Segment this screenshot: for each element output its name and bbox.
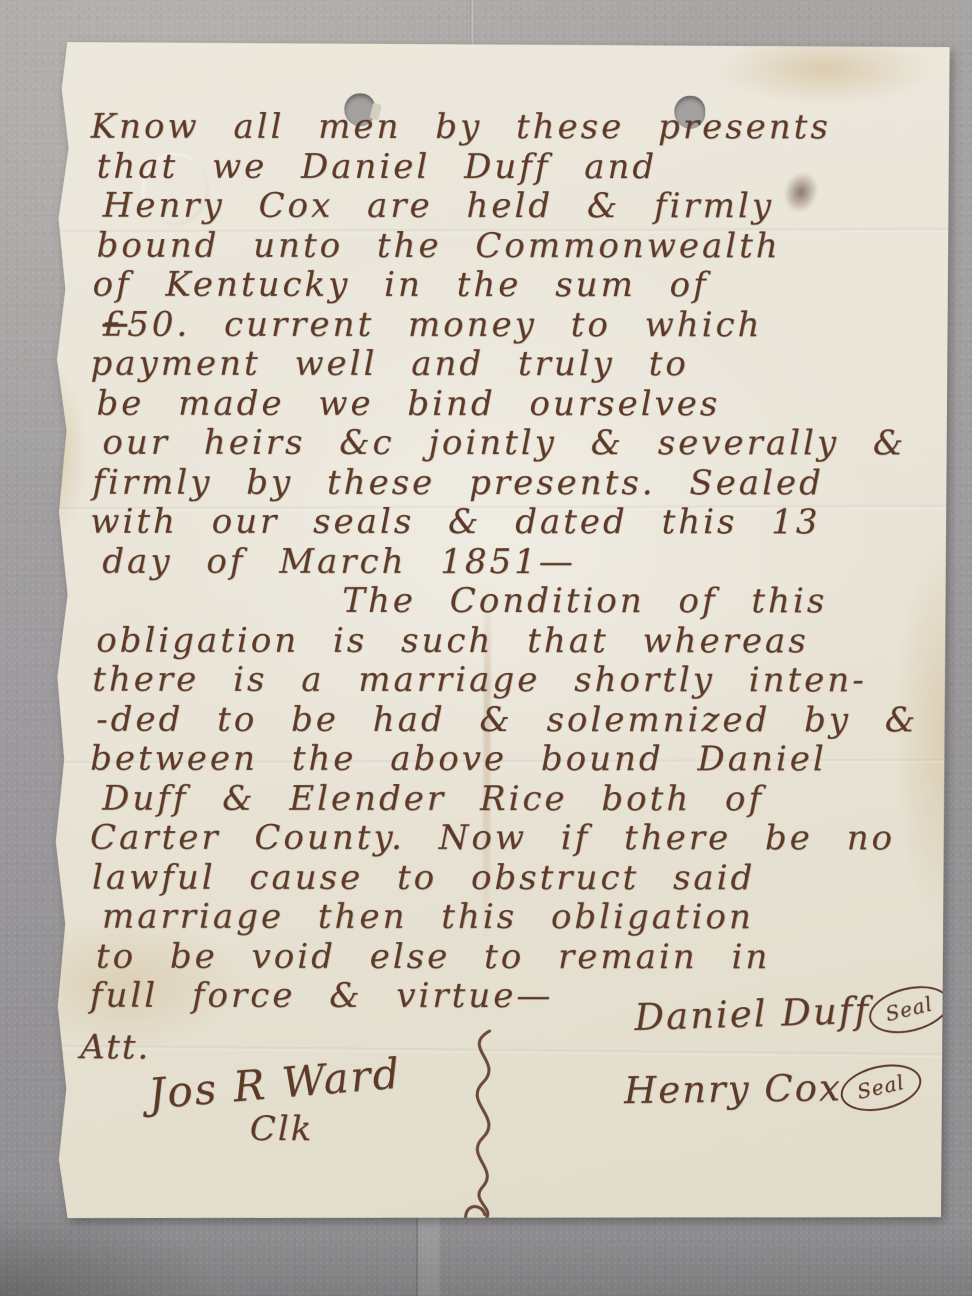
handwritten-line: to be void else to remain in [96,937,916,977]
handwritten-line: firmly by these presents. Sealed [92,463,916,503]
signature-name: Daniel Duff [634,989,871,1039]
handwritten-text: Know all men by these presents that we D… [90,108,917,1017]
handwritten-line: with our seals & dated this 13 [90,503,916,543]
attestation-label: Att. [80,1027,150,1067]
struck-currency-symbol: £ [102,304,127,344]
handwritten-line: that we Daniel Duff and [97,147,917,187]
handwritten-line: day of March 1851— [102,542,916,582]
handwritten-line: The Condition of this [342,582,916,622]
handwritten-line: Know all men by these presents [91,108,917,148]
handwritten-line: of Kentucky in the sum of [93,266,917,306]
handwritten-line: between the above bound Daniel [90,740,916,780]
signature-henry-cox: Henry Cox Seal [624,1065,922,1113]
clerk-brace-flourish [441,1027,512,1222]
handwritten-line: be made we bind ourselves [96,384,916,424]
handwritten-line-amount: £50. current money to which [102,305,916,345]
handwritten-line: Duff & Elender Rice both of [102,779,916,819]
handwritten-line: bound unto the Commonwealth [97,226,917,266]
clerk-signature: Jos R Ward [146,1049,403,1119]
handwritten-line: payment well and truly to [90,345,916,385]
handwritten-line: Henry Cox are held & firmly [103,187,917,227]
handwritten-line: -ded to be had & solemnized by & [96,700,916,740]
handwritten-line: our heirs &c jointly & severally & [102,424,916,464]
handwritten-line: marriage then this obligation [102,898,916,938]
seal-oval: Seal [864,979,951,1041]
signature-daniel-duff: Daniel Duff Seal [634,986,951,1040]
document-paper: Know all men by these presents that we D… [51,42,950,1222]
handwritten-line: Carter County. Now if there be no [90,819,916,859]
photo-background: Know all men by these presents that we D… [0,0,972,1296]
seal-oval: Seal [836,1057,926,1118]
amount-text: 50. current money to which [127,304,762,345]
signature-name: Henry Cox [624,1066,842,1112]
handwritten-line: lawful cause to obstruct said [92,858,916,898]
clerk-title: Clk [250,1109,314,1149]
handwritten-line: there is a marriage shortly inten- [92,661,916,701]
document-paper-wrapper: Know all men by these presents that we D… [51,42,950,1222]
handwritten-line: obligation is such that whereas [96,621,916,661]
